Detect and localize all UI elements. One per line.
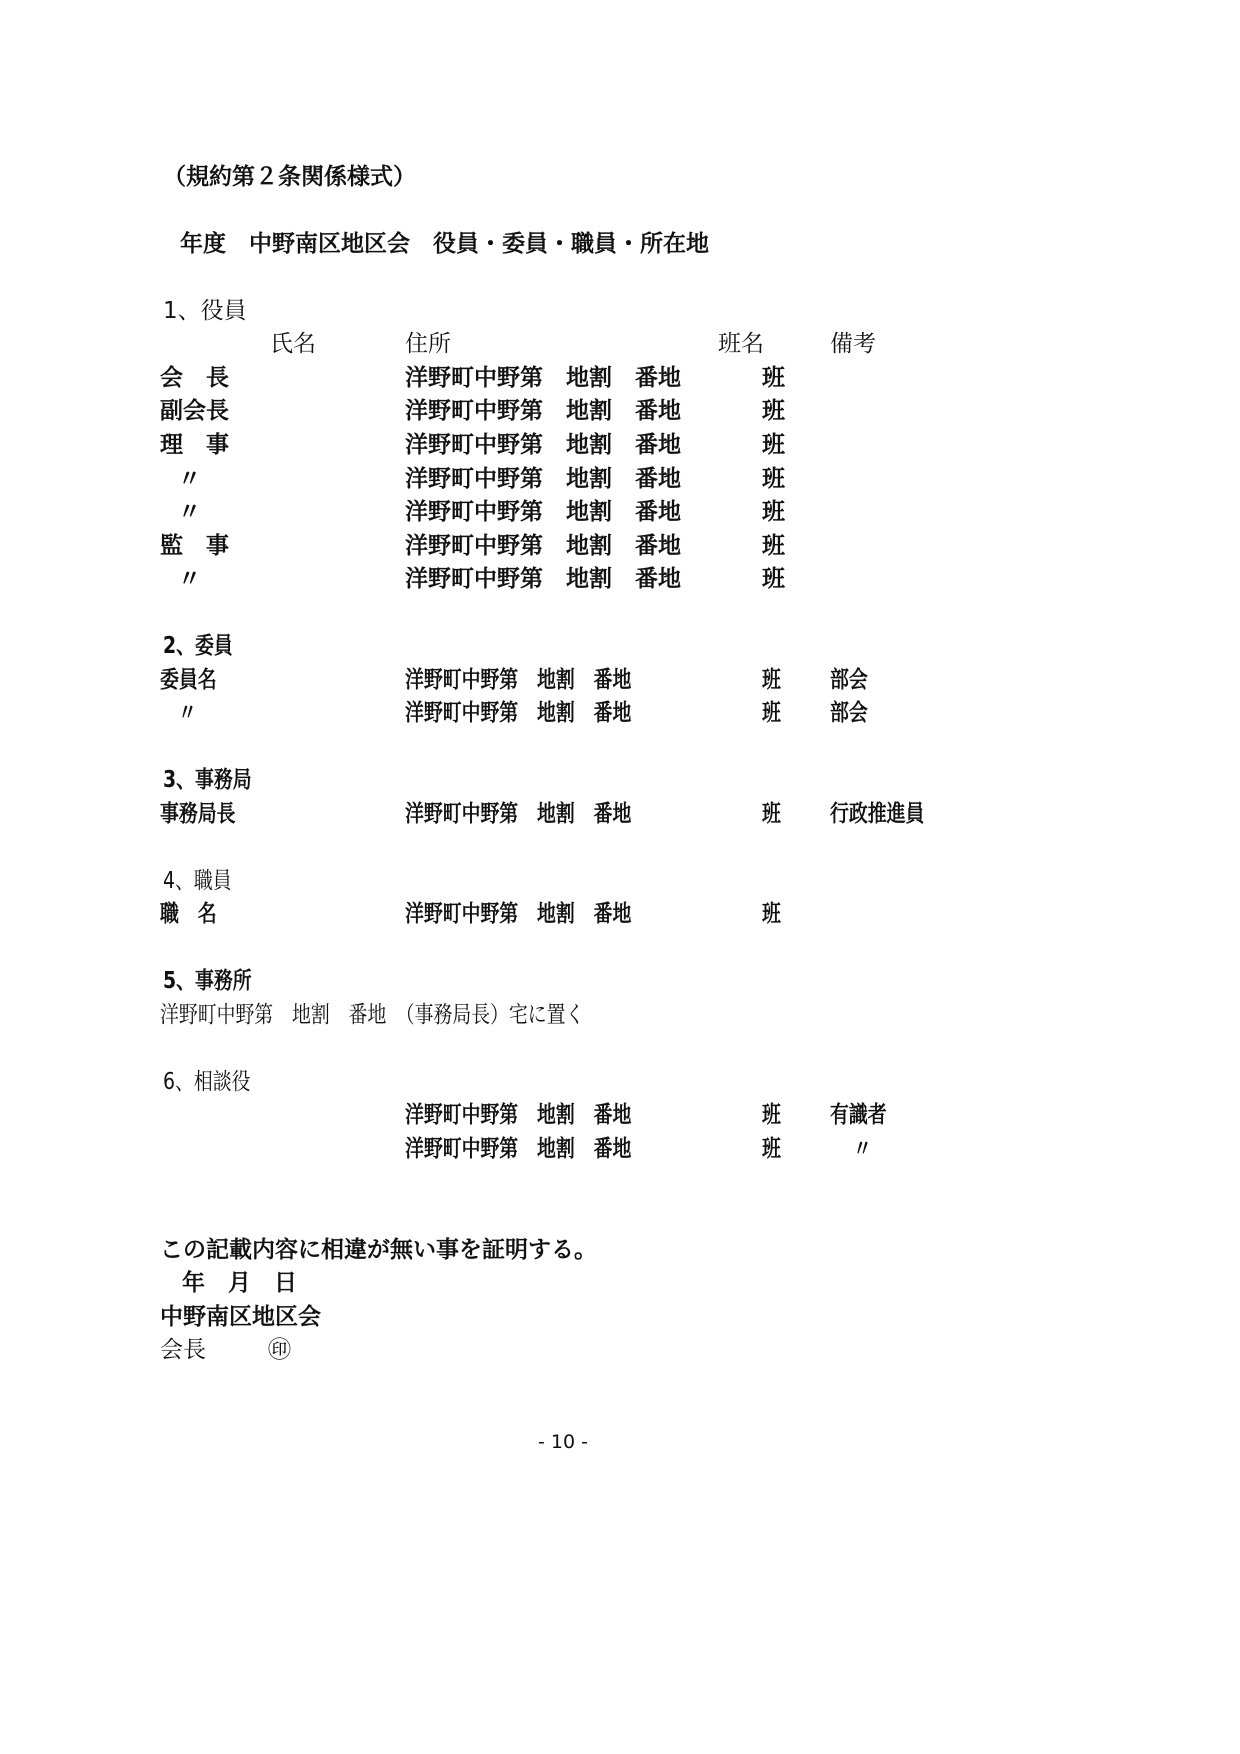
officer-role: 副会長 [160,397,229,425]
committee-group: 班 [762,699,781,727]
officer-address: 洋野町中野第 地割 番地 [405,465,681,493]
officer-group: 班 [762,397,785,425]
secretariat-role: 事務局長 [160,800,235,828]
column-header-address: 住所 [405,330,451,358]
committee-notes: 部会 [830,666,868,694]
advisor-address: 洋野町中野第 地割 番地 [405,1135,631,1163]
office-location: 洋野町中野第 地割 番地 （事務局長）宅に置く [160,1001,584,1029]
officer-role: 〃 [178,565,201,593]
officer-address: 洋野町中野第 地割 番地 [405,498,681,526]
staff-group: 班 [762,900,781,928]
committee-notes: 部会 [830,699,868,727]
section-heading-staff: 4、職員 [163,867,232,895]
certification-statement: この記載内容に相違が無い事を証明する。 [160,1236,597,1264]
officer-group: 班 [762,465,785,493]
column-header-name: 氏名 [270,330,316,358]
form-reference: （規約第２条関係様式） [163,163,416,191]
section-heading-secretariat: 3、事務局 [163,766,252,794]
certification-signatory: 会長 [160,1336,206,1364]
staff-role: 職 名 [160,900,217,928]
certification-organization: 中野南区地区会 [160,1303,321,1331]
column-header-notes: 備考 [830,330,876,358]
column-header-group: 班名 [718,330,764,358]
officer-role: 〃 [178,465,201,493]
secretariat-address: 洋野町中野第 地割 番地 [405,800,631,828]
officer-group: 班 [762,364,785,392]
page-number: - 10 - [538,1428,588,1456]
officer-role: 理 事 [160,431,229,459]
seal-icon: ㊞ [268,1336,291,1364]
advisor-notes: 〃 [853,1135,872,1163]
officer-address: 洋野町中野第 地割 番地 [405,431,681,459]
section-heading-office: 5、事務所 [163,967,252,995]
officer-group: 班 [762,565,785,593]
officer-group: 班 [762,431,785,459]
committee-address: 洋野町中野第 地割 番地 [405,666,631,694]
committee-role: 〃 [178,699,197,727]
section-heading-advisors: 6、相談役 [163,1068,250,1096]
advisor-group: 班 [762,1101,781,1129]
advisor-notes: 有識者 [830,1101,887,1129]
officer-address: 洋野町中野第 地割 番地 [405,532,681,560]
advisor-group: 班 [762,1135,781,1163]
certification-date: 年 月 日 [182,1269,297,1297]
staff-address: 洋野町中野第 地割 番地 [405,900,631,928]
committee-address: 洋野町中野第 地割 番地 [405,699,631,727]
advisor-address: 洋野町中野第 地割 番地 [405,1101,631,1129]
committee-role: 委員名 [160,666,217,694]
officer-role: 会 長 [160,364,229,392]
committee-group: 班 [762,666,781,694]
section-heading-committee: 2、委員 [163,632,233,660]
section-heading-officers: 1、役員 [163,297,247,325]
officer-role: 〃 [178,498,201,526]
officer-address: 洋野町中野第 地割 番地 [405,364,681,392]
secretariat-notes: 行政推進員 [830,800,924,828]
page-title: 年度 中野南区地区会 役員・委員・職員・所在地 [180,230,709,258]
secretariat-group: 班 [762,800,781,828]
officer-group: 班 [762,498,785,526]
officer-address: 洋野町中野第 地割 番地 [405,565,681,593]
officer-group: 班 [762,532,785,560]
officer-address: 洋野町中野第 地割 番地 [405,397,681,425]
officer-role: 監 事 [160,532,229,560]
